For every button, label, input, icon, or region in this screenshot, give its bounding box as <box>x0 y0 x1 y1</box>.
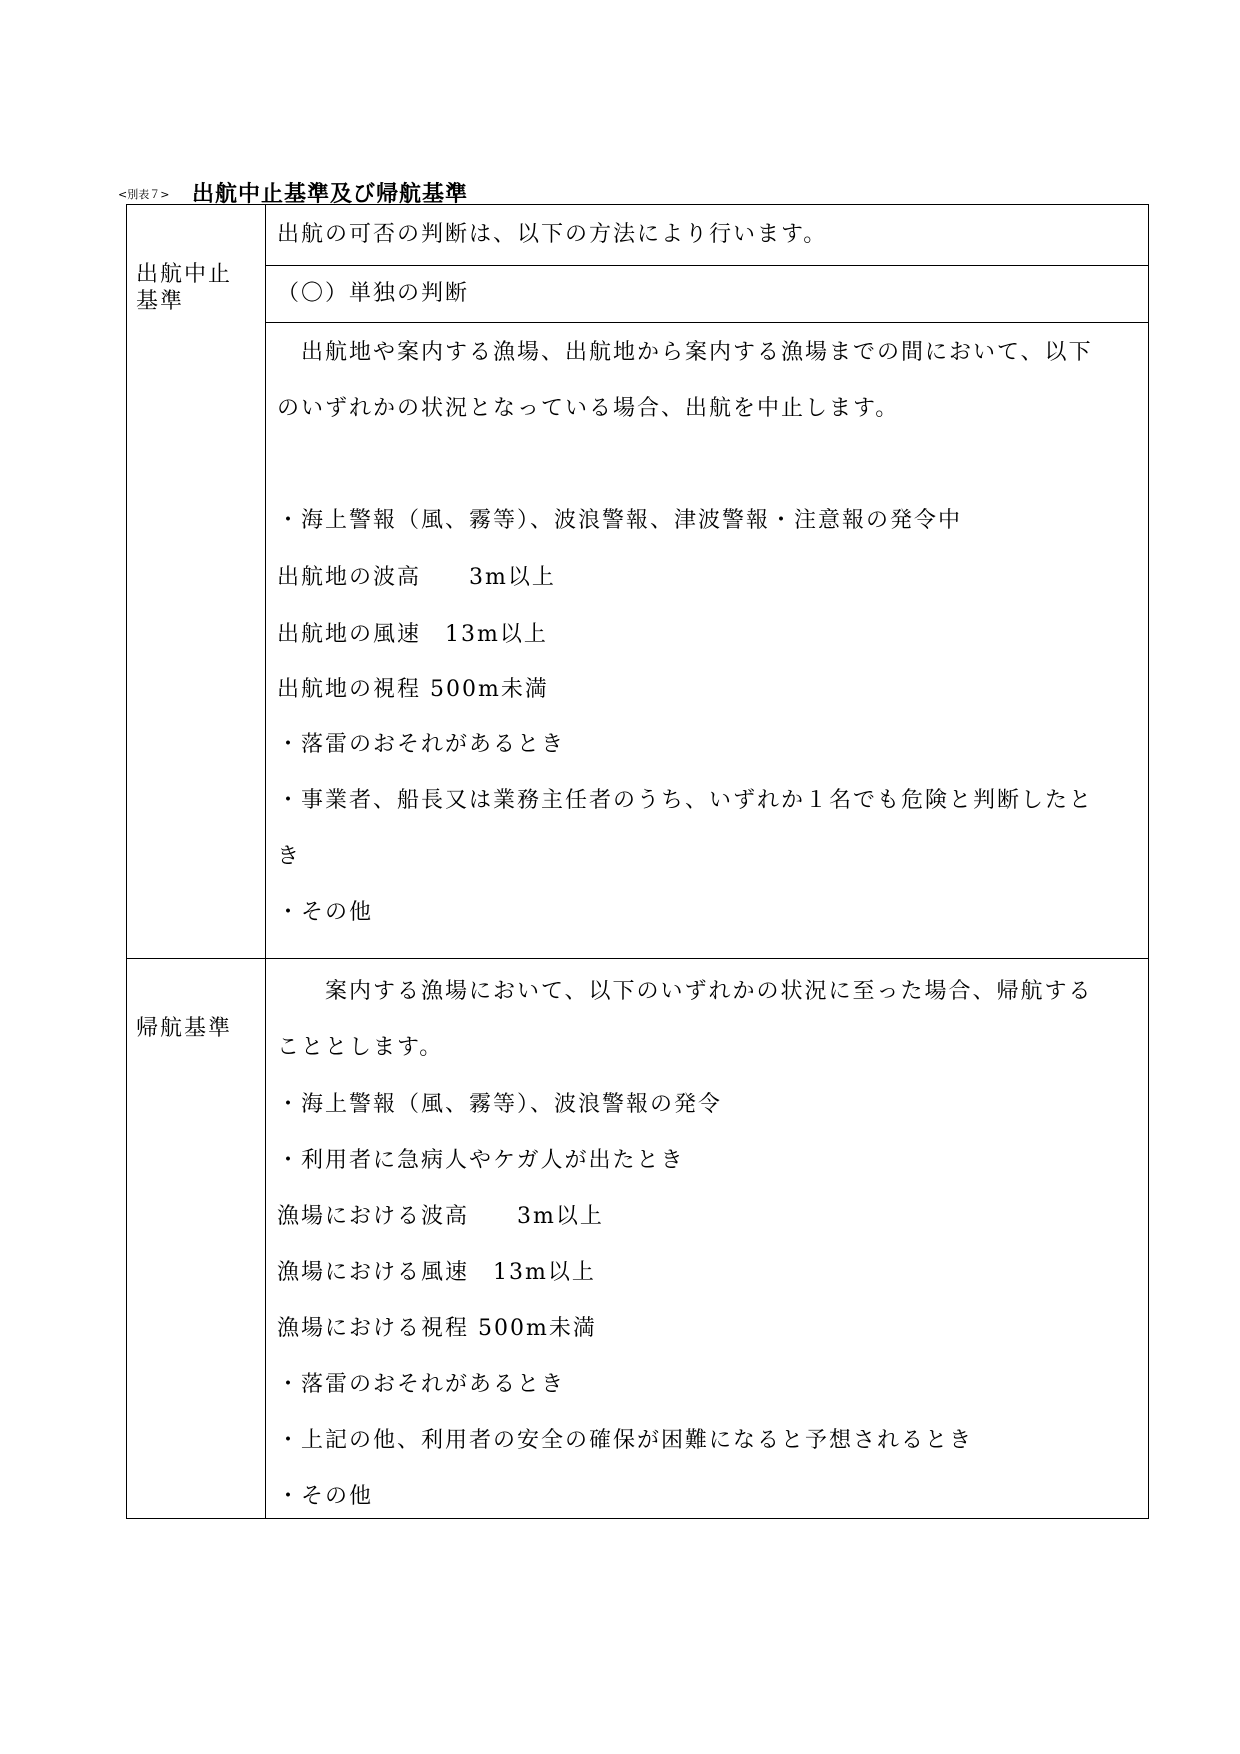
table-number-label: <別表７> <box>118 186 169 202</box>
judgment-type-text: （〇）単独の判断 <box>277 281 469 307</box>
criteria-line: ・その他 <box>277 1484 373 1510</box>
row-divider-2 <box>265 322 1149 323</box>
criteria-line: ・海上警報（風、霧等）、波浪警報の発令 <box>277 1092 722 1118</box>
criteria-line: ・落雷のおそれがあるとき <box>277 1372 565 1398</box>
criteria-line: 出航地や案内する漁場、出航地から案内する漁場までの間において、以下 <box>277 340 1093 366</box>
criteria-line: ・落雷のおそれがあるとき <box>277 732 565 758</box>
criteria-line: 出航地の視程 500m未満 <box>277 677 549 703</box>
column-divider <box>265 204 266 1519</box>
section-label-return: 帰航基準 <box>136 1016 232 1042</box>
judgment-method-text: 出航の可否の判断は、以下の方法により行います。 <box>277 222 827 248</box>
criteria-line: ・事業者、船長又は業務主任者のうち、いずれか１名でも危険と判断したと <box>277 788 1093 814</box>
section-label-departure-line1: 出航中止 <box>136 262 232 288</box>
table-border-left <box>126 204 127 1519</box>
criteria-line: ・海上警報（風、霧等）、波浪警報、津波警報・注意報の発令中 <box>277 508 962 534</box>
criteria-line: 案内する漁場において、以下のいずれかの状況に至った場合、帰航する <box>277 979 1093 1005</box>
section-label-departure-line2: 基準 <box>136 289 184 315</box>
section-divider <box>126 958 1149 959</box>
criteria-line: こととします。 <box>277 1035 443 1061</box>
criteria-line: ・その他 <box>277 900 373 926</box>
criteria-line: ・上記の他、利用者の安全の確保が困難になると予想されるとき <box>277 1428 973 1454</box>
criteria-line: 漁場における視程 500m未満 <box>277 1316 597 1342</box>
criteria-line: のいずれかの状況となっている場合、出航を中止します。 <box>277 396 899 422</box>
table-border-top <box>126 204 1149 205</box>
criteria-line: 漁場における波高 3m以上 <box>277 1204 604 1230</box>
criteria-line: き <box>277 844 301 870</box>
table-border-right <box>1148 204 1149 1519</box>
criteria-line: ・利用者に急病人やケガ人が出たとき <box>277 1148 685 1174</box>
criteria-line: 出航地の波高 3m以上 <box>277 565 556 591</box>
criteria-line: 漁場における風速 13m以上 <box>277 1260 596 1286</box>
row-divider-1 <box>265 265 1149 266</box>
criteria-line: 出航地の風速 13m以上 <box>277 622 548 648</box>
table-border-bottom <box>126 1518 1149 1519</box>
